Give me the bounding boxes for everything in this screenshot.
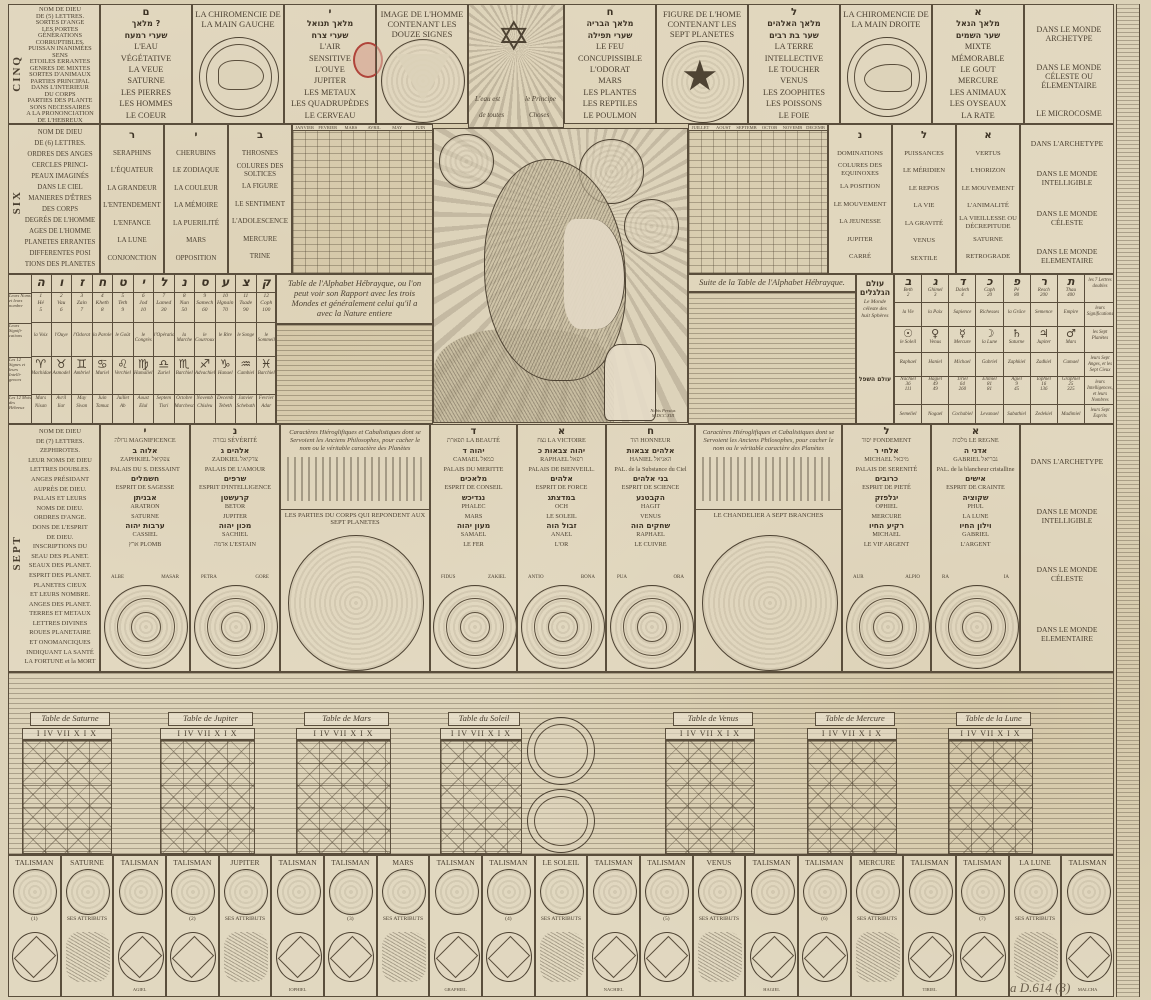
talisman-label: TALISMAN bbox=[272, 856, 323, 867]
planet-symbol-icon: ♂ bbox=[1058, 327, 1084, 340]
alphabet-cell: 11Tsade90 bbox=[236, 293, 257, 323]
hebrew-letter: ד bbox=[949, 275, 975, 288]
sephira-spirit: PHUL bbox=[932, 502, 1019, 511]
alphabet-ordinals: 7 bbox=[154, 293, 174, 300]
seal-sigil-icon bbox=[802, 932, 848, 982]
attributes-still-life-icon bbox=[698, 932, 742, 982]
intelligence-name: Cambiel bbox=[236, 371, 256, 376]
month-heb: Schebath bbox=[236, 403, 256, 411]
mid-worlds: DANS L'ARCHETYPE DANS LE MONDE INTELLIGI… bbox=[1020, 124, 1114, 274]
left-hand-seal-icon bbox=[199, 37, 279, 117]
intelligence-name: Muriel bbox=[93, 371, 113, 376]
talisman-label: TALISMAN bbox=[167, 856, 218, 867]
alphabet-row-header: Leurs Noms et leurs nombre bbox=[9, 293, 32, 324]
double-letter-cell: Hagiel4949 bbox=[922, 377, 949, 405]
alphabet-cell: SeptemTisri bbox=[154, 395, 175, 424]
sephira-planet: LA LUNE bbox=[932, 512, 1019, 521]
planet-deity-icon bbox=[224, 869, 268, 915]
talisman-cell: SATURNESES ATTRIBUTS bbox=[61, 855, 114, 997]
sephira-order: כרובים bbox=[843, 474, 930, 483]
sephira-planet-angel: GABRIEL bbox=[932, 530, 1019, 539]
legend-line: PEAUX IMAGINÉS bbox=[21, 171, 99, 182]
month-fr: May bbox=[72, 395, 92, 403]
planet-deity-icon bbox=[698, 869, 742, 915]
alphabet-names: Kheth bbox=[93, 300, 113, 307]
sephira-sephira: תפארת LA BEAUTÉ bbox=[431, 436, 516, 445]
sephira-gift: ESPRIT DE CONSEIL bbox=[431, 483, 516, 492]
alphabet-names: Hé bbox=[31, 300, 51, 307]
alphabet-ordinals: 3 bbox=[72, 293, 92, 300]
alphabet-letter-descriptions-left bbox=[276, 324, 433, 424]
mid-col-nun: נ DOMINATIONS COLURES DES EQUINOXES LA P… bbox=[828, 124, 892, 274]
alphabet-cell: 2Vau6 bbox=[52, 293, 73, 323]
planet-symbol-icon: ☉ bbox=[895, 327, 921, 340]
talisman-attribute-label: SES ATTRIBUTS bbox=[62, 916, 113, 922]
talisman-square-icon bbox=[13, 869, 57, 915]
attributes-still-life-icon bbox=[224, 932, 268, 982]
wheel-label: ORA bbox=[673, 575, 684, 580]
sephira-letter: ח bbox=[607, 427, 694, 436]
sephira-planet: SATURNE bbox=[101, 512, 189, 521]
double-letter-cell: la Vie bbox=[895, 303, 922, 327]
double-letter-cell: ☉le Soleil bbox=[895, 327, 922, 353]
roman-numeral-row: I IV VII X I X bbox=[948, 728, 1033, 740]
magic-square-grid bbox=[296, 740, 391, 854]
talisman-label: TALISMAN bbox=[641, 856, 692, 867]
zodiac-sign-icon: ♈ bbox=[31, 357, 51, 371]
alphabet-cell: ה bbox=[31, 275, 52, 293]
sephira-angel: GABRIEL גבריאל bbox=[932, 455, 1019, 464]
shelfmark-annotation: a D.614 (3) bbox=[1010, 980, 1070, 996]
sephira-spirit: ARATRON bbox=[101, 502, 189, 511]
talisman-cell: VENUSSES ATTRIBUTS bbox=[693, 855, 746, 997]
intelligence-name: Hamaliel bbox=[134, 371, 154, 376]
alphabet-names: Zain bbox=[72, 300, 92, 307]
talisman-square-icon bbox=[171, 869, 215, 915]
alphabet-cell: צ bbox=[236, 275, 257, 293]
legend-line: ORDRES D'ANGE. bbox=[21, 513, 99, 523]
talisman-cell: TALISMAN(6) bbox=[798, 855, 851, 997]
portrait-engraving: Nobis Persius M.DCC.XIII bbox=[433, 128, 688, 423]
seal-sigil-icon bbox=[908, 932, 954, 982]
intelligence-numbers_b: 111 bbox=[895, 387, 921, 392]
legend-sept: SEPT NOM DE DIEUDE (7) LETTRES.ZEPHIROTE… bbox=[8, 424, 100, 672]
intelligence-name: Zuriel bbox=[154, 371, 174, 376]
month-heb: Chisleu bbox=[195, 403, 215, 411]
planetary-wheel-icon bbox=[846, 585, 930, 669]
zodiac-sign-icon: ♌ bbox=[113, 357, 133, 371]
alphabet-numbers: 100 bbox=[257, 307, 277, 314]
wheel-label: FIDUS bbox=[441, 575, 455, 580]
double-row-header: les 7 Lettres doubles bbox=[1085, 275, 1114, 303]
month-heb: Elul bbox=[134, 403, 154, 411]
alphabet-cell: le Rire bbox=[216, 323, 237, 357]
double-letter-cell: ☿Mercure bbox=[949, 327, 976, 353]
magic-table-title: Table de la Lune bbox=[956, 712, 1031, 726]
body-planets-circle-icon bbox=[288, 535, 424, 671]
sephira-angel: ZAPHKIEL צפקיאל bbox=[101, 455, 189, 464]
month-fr: Aoust bbox=[134, 395, 154, 403]
legend-line: DE (6) LETTRES. bbox=[21, 138, 99, 149]
talisman-cell: TALISMANAGIEL bbox=[113, 855, 166, 997]
figure-man-seven-planets: FIGURE DE L'HOME CONTENANT LES SEPT PLAN… bbox=[656, 4, 748, 124]
sephira-column-1: יגדולה MAGNIFICENCEאלוה בZAPHKIEL צפקיאל… bbox=[100, 424, 190, 672]
talisman-square-icon bbox=[277, 869, 321, 915]
chiromancy-right-hand: LA CHIROMENCIE DE LA MAIN DROITE bbox=[840, 4, 932, 124]
sephira-metal: L'OR bbox=[518, 540, 605, 549]
alphabet-names: Vau bbox=[52, 300, 72, 307]
planetary-wheel-icon bbox=[935, 585, 1019, 669]
right-hand-seal-icon bbox=[847, 37, 927, 117]
talisman-attribute-label: (1) bbox=[9, 916, 60, 922]
alphabet-cell: le Goût bbox=[113, 323, 134, 357]
month-heb: Adar bbox=[257, 403, 277, 411]
double-letter-cell: Sapience bbox=[949, 303, 976, 327]
sephira-palace: PAL. de la Substance du Ciel bbox=[607, 465, 694, 474]
double-letter-cell: רResch200 bbox=[1031, 275, 1058, 303]
sephira-column-8: ליסוד FONDEMENTאלחי רMICHAEL מיכאלPALAIS… bbox=[842, 424, 931, 672]
sephira-order: שרפים bbox=[191, 474, 279, 483]
double-letter-cell: la Grâce bbox=[1004, 303, 1031, 327]
top-col-aleph: א מלאך הנאל שער השמים MIXTE MÉMORABLE LE… bbox=[932, 4, 1024, 124]
sephira-planet-angel: RAPHAEL bbox=[607, 530, 694, 539]
double-letter-cell: Zadkiel bbox=[1031, 353, 1058, 377]
alphabet-cell: י bbox=[134, 275, 155, 293]
alphabet-ordinals: 11 bbox=[236, 293, 256, 300]
talisman-cell: JUPITERSES ATTRIBUTS bbox=[219, 855, 272, 997]
talisman-attribute-label: SES ATTRIBUTS bbox=[852, 916, 903, 922]
alphabet-ordinals: 12 bbox=[257, 293, 277, 300]
planetary-wheel-icon bbox=[194, 585, 278, 669]
sephira-spirit-heb: שקוציה bbox=[932, 493, 1019, 502]
roman-numeral-row: I IV VII X I X bbox=[22, 728, 112, 740]
sephira-column-6: חהוד HONNEURאלהים צבאותHANIEL האניאלPAL.… bbox=[606, 424, 695, 672]
wheel-label: GORE bbox=[255, 575, 269, 580]
talisman-attribute-label: SES ATTRIBUTS bbox=[694, 916, 745, 922]
sephira-order: בני אלהים bbox=[607, 474, 694, 483]
magic-table-title: Table de Saturne bbox=[30, 712, 110, 726]
alphabet-cell: le Courroux bbox=[195, 323, 216, 357]
double-letter-cell: Semence bbox=[1031, 303, 1058, 327]
illustration-title: LE CHANDELIER A SEPT BRANCHES bbox=[696, 510, 841, 519]
double-letter-cell: Camael bbox=[1058, 353, 1085, 377]
alphabet-cell: MaySivan bbox=[72, 395, 93, 424]
magic-square-grid bbox=[665, 740, 755, 854]
alphabet-names: Nun bbox=[175, 300, 195, 307]
sephira-planet: MERCURE bbox=[843, 512, 930, 521]
sephira-spirit: BETOR bbox=[191, 502, 279, 511]
image-man-twelve-signs: IMAGE DE L'HOMME CONTENANT LES DOUZE SIG… bbox=[376, 4, 468, 124]
alphabet-cell: JuilletAb bbox=[113, 395, 134, 424]
double-letter-cell: תThau400 bbox=[1058, 275, 1085, 303]
sephira-letter: ל bbox=[843, 427, 930, 436]
legend-six: SIX NOM DE DIEUDE (6) LETTRES.ORDRES DES… bbox=[8, 124, 100, 274]
alphabet-letter-descriptions-right bbox=[688, 292, 856, 424]
illustration-title: LES PARTIES DU CORPS QUI REPONDENT AUX S… bbox=[281, 510, 429, 526]
alphabet-cell: ♓Barchiel bbox=[257, 357, 277, 395]
zodiac-sign-icon: ♍ bbox=[134, 357, 154, 371]
mid-col-beth: ב THROSNES COLURES DES SOLTICES LA FIGUR… bbox=[228, 124, 292, 274]
talisman-cell: LE SOLEILSES ATTRIBUTS bbox=[535, 855, 588, 997]
hebrew-letter: ג bbox=[922, 275, 948, 288]
legend-line: ZEPHIROTES. bbox=[21, 446, 99, 456]
alphabet-cell: ♉Asmodel bbox=[52, 357, 73, 395]
sephira-spirit: OCH bbox=[518, 502, 605, 511]
zodiac-sign-icon: ♊ bbox=[72, 357, 92, 371]
legend-line: DES CORPS bbox=[21, 204, 99, 215]
magic-table-title: Table de Venus bbox=[673, 712, 753, 726]
double-letter-cell: Raphael bbox=[895, 353, 922, 377]
alphabet-cell: le Sommeil bbox=[257, 323, 277, 357]
sephira-spirit-heb: יגלפזק bbox=[843, 493, 930, 502]
wheel-label: AUR bbox=[853, 575, 864, 580]
alphabet-cell: DecembTebeth bbox=[216, 395, 237, 424]
legend-line: PALAIS ET LEURS bbox=[21, 494, 99, 504]
sephira-letter: נ bbox=[191, 427, 279, 436]
month-heb: Tebeth bbox=[216, 403, 236, 411]
alphabet-cell: 5Teth9 bbox=[113, 293, 134, 323]
roman-numeral-row: I IV VII X I X bbox=[440, 728, 522, 740]
seal-sigil-icon bbox=[1066, 932, 1112, 982]
celestial-world-box: עולם הגלגלים Le Monde céleste des huit S… bbox=[856, 274, 894, 424]
double-row-header: leurs Intelligences, et leurs Nombres bbox=[1085, 377, 1114, 405]
letter-number: 400 bbox=[1058, 293, 1084, 298]
legend-line: ET ONOMANCIQUES bbox=[21, 638, 99, 648]
double-letter-cell: Semeliel bbox=[895, 405, 922, 424]
alphabet-cell: 8Nun50 bbox=[175, 293, 196, 323]
attributes-still-life-icon bbox=[66, 932, 110, 982]
sephira-planet: MARS bbox=[431, 512, 516, 521]
alphabet-cell: le Congrès bbox=[134, 323, 155, 357]
talisman-attribute-label: SES ATTRIBUTS bbox=[1010, 916, 1061, 922]
alphabet-cell: ♋Muriel bbox=[93, 357, 114, 395]
alphabet-cell: ♏Barchiel bbox=[175, 357, 196, 395]
seal-sigil-icon bbox=[118, 932, 164, 982]
planet-deity-icon bbox=[382, 869, 426, 915]
talisman-cell: TALISMANTIRIEL bbox=[903, 855, 956, 997]
talisman-cell: TALISMAN(7) bbox=[956, 855, 1009, 997]
alphabet-names: Jod bbox=[134, 300, 154, 307]
hieroglyphic-characters-left: Caractères Hiéroglifiques et Cabalistiqu… bbox=[280, 424, 430, 672]
sephira-sephira: גבורה SÉVÉRITÉ bbox=[191, 436, 279, 445]
seal-name: HAGIEL bbox=[746, 987, 797, 992]
intelligence-numbers_b: 136 bbox=[1031, 387, 1057, 392]
double-letter-cell: ♀Venus bbox=[922, 327, 949, 353]
alphabet-numbers: 30 bbox=[154, 307, 174, 314]
alphabet-ordinals: 4 bbox=[93, 293, 113, 300]
sephira-planet-angel: CASSIEL bbox=[101, 530, 189, 539]
hieroglyphic-characters-right: Caractères Hiéroglifiques et Cabalistiqu… bbox=[695, 424, 842, 672]
talisman-label: TALISMAN bbox=[9, 856, 60, 867]
alphabet-cell: l'Ouye bbox=[52, 323, 73, 357]
wheel-label: ANTIO bbox=[528, 575, 544, 580]
sephira-sky: זבול הוה bbox=[518, 521, 605, 530]
alphabet-table-title: Table de l'Alphabet Hébrayque, ou l'on p… bbox=[276, 274, 433, 324]
alphabet-numbers: 8 bbox=[93, 307, 113, 314]
alphabet-cell: MarsNisan bbox=[31, 395, 52, 424]
alphabet-cell: ק bbox=[257, 275, 277, 293]
top-col-het: ח מלאך הבריה שערי תפילה LE FEU CONCUPISS… bbox=[564, 4, 656, 124]
seal-name: NACHIEL bbox=[588, 987, 639, 992]
alphabet-ordinals: 2 bbox=[52, 293, 72, 300]
magic-square-grid bbox=[807, 740, 897, 854]
alphabet-cell: ♍Hamaliel bbox=[134, 357, 155, 395]
alphabet-numbers: 60 bbox=[195, 307, 215, 314]
sephira-sky: ערבות יהוה bbox=[101, 521, 189, 530]
alphabet-cell: ע bbox=[216, 275, 237, 293]
legend-line: LA FORTUNE et la MORT bbox=[21, 657, 99, 667]
planet-symbol-icon: ♃ bbox=[1031, 327, 1057, 340]
hebrew-letter: כ bbox=[976, 275, 1002, 288]
month-heb: Tamuz bbox=[93, 403, 113, 411]
seal-sigil-icon bbox=[592, 932, 638, 982]
wheel-label: RA bbox=[942, 575, 949, 580]
sephira-planet-angel: SACHIEL bbox=[191, 530, 279, 539]
intelligence-name: Machidael bbox=[31, 371, 51, 376]
legend-line: CERCLES PRINCI- bbox=[21, 160, 99, 171]
zodiac-sign-icon: ♎ bbox=[154, 357, 174, 371]
sephira-order: מלאכים bbox=[431, 474, 516, 483]
sephira-planet-angel: SAMAEL bbox=[431, 530, 516, 539]
sephira-sky: מעון יהוה bbox=[431, 521, 516, 530]
alphabet-suite-title: Suite de la Table de l'Alphabet Hébrayqu… bbox=[688, 274, 856, 292]
sephira-spirit: PHALEC bbox=[431, 502, 516, 511]
top-col-lamed: ל מלאך האלהים שער בת רבים LA TERRE INTEL… bbox=[748, 4, 840, 124]
double-letter-cell: פPé80 bbox=[1004, 275, 1031, 303]
alphabet-cell: ♈Machidael bbox=[31, 357, 52, 395]
seal-name: AGIEL bbox=[114, 987, 165, 992]
talisman-cell: TALISMANHAGIEL bbox=[745, 855, 798, 997]
talisman-label: TALISMAN bbox=[430, 856, 481, 867]
wheel-label: MASAR bbox=[161, 575, 179, 580]
sephira-sky: שחקים הוה bbox=[607, 521, 694, 530]
double-letter-cell: la Paix bbox=[922, 303, 949, 327]
talisman-label: TALISMAN bbox=[483, 856, 534, 867]
attributes-still-life-icon bbox=[382, 932, 426, 982]
double-letter-cell: Zaphkiel bbox=[1004, 353, 1031, 377]
double-letter-cell: Madimiel bbox=[1058, 405, 1085, 424]
talisman-cell: TALISMANNACHIEL bbox=[587, 855, 640, 997]
alphabet-ordinals: 8 bbox=[175, 293, 195, 300]
double-letter-cell: Tiriel64260 bbox=[949, 377, 976, 405]
magic-table-title: Table du Soleil bbox=[448, 712, 520, 726]
menorah-circle-icon bbox=[702, 535, 838, 671]
alphabet-ordinals: 5 bbox=[113, 293, 133, 300]
intelligence-numbers_b: 49 bbox=[922, 387, 948, 392]
month-fr: Juin bbox=[93, 395, 113, 403]
planetary-wheel-icon bbox=[610, 585, 694, 669]
talisman-cell: TALISMANGRAPHIEL bbox=[429, 855, 482, 997]
legend-line: SEAUX DES PLANET. bbox=[21, 561, 99, 571]
intelligence-name: Barchiel bbox=[257, 371, 277, 376]
sephira-column-2: נגבורה SÉVÉRITÉאלהים גZADKIEL צדקיאלPALA… bbox=[190, 424, 280, 672]
double-letter-cell: Richesses bbox=[976, 303, 1003, 327]
alphabet-cell: ל bbox=[154, 275, 175, 293]
row-label-cinq: CINQ bbox=[11, 55, 23, 92]
alphabet-cell: ♊Ambriel bbox=[72, 357, 93, 395]
sephira-metal: LE VIF ARGENT bbox=[843, 540, 930, 549]
hebrew-letter: ב bbox=[895, 275, 921, 288]
planet-glyphs-icon bbox=[702, 457, 835, 501]
legend-line: AGES DE L'HOMME bbox=[21, 226, 99, 237]
sephira-palace: PALAIS DE L'AMOUR bbox=[191, 465, 279, 474]
double-letter-cell: Levanael bbox=[976, 405, 1003, 424]
legend-line: MANIERES D'ÊTRES bbox=[21, 193, 99, 204]
double-letter-cell: דDaleth4 bbox=[949, 275, 976, 303]
row-label-six: SIX bbox=[11, 190, 23, 214]
legend-line: DE (7) LETTRES. bbox=[21, 437, 99, 447]
talisman-square-icon bbox=[961, 869, 1005, 915]
zodiac-sign-icon: ♓ bbox=[257, 357, 277, 371]
alphabet-ordinals: 6 bbox=[134, 293, 154, 300]
alphabet-cell: ז bbox=[72, 275, 93, 293]
sephira-letter: ד bbox=[431, 427, 516, 436]
talisman-square-icon bbox=[487, 869, 531, 915]
sephira-god: אלחי ר bbox=[843, 446, 930, 455]
roman-numeral-row: I IV VII X I X bbox=[160, 728, 255, 740]
sephira-angel: HANIEL האניאל bbox=[607, 455, 694, 464]
talisman-square-icon bbox=[751, 869, 795, 915]
planet-name: Venus bbox=[922, 340, 948, 345]
sephira-letter: א bbox=[932, 427, 1019, 436]
talisman-attribute-label: SES ATTRIBUTS bbox=[378, 916, 429, 922]
legend-line: TIONS DES PLANETES bbox=[21, 259, 99, 270]
talisman-label: TALISMAN bbox=[799, 856, 850, 867]
seal-sigil-icon bbox=[170, 932, 216, 982]
sephira-angel: MICHAEL מיכאל bbox=[843, 455, 930, 464]
talisman-attribute-label: (7) bbox=[957, 916, 1008, 922]
planet-symbol-icon: ♄ bbox=[1004, 327, 1030, 340]
sephira-palace: PALAIS DE SERENITÉ bbox=[843, 465, 930, 474]
letter-number: 4 bbox=[949, 293, 975, 298]
double-row-header: leurs Sept Anges, et les Sept Cieux bbox=[1085, 353, 1114, 377]
talisman-attribute-label: SES ATTRIBUTS bbox=[220, 916, 271, 922]
hexagram-seal: ✡ L'eau est le Principe de toutes Choses bbox=[468, 4, 564, 128]
sephira-spirit-heb: קרעשטן bbox=[191, 493, 279, 502]
month-fr: Mars bbox=[31, 395, 51, 403]
sephira-metal: ארץ PLOMB bbox=[101, 540, 189, 549]
sephira-god: אלהים צבאות bbox=[607, 446, 694, 455]
alphabet-row-header: Leurs Signifi-cations bbox=[9, 323, 32, 358]
legend-line: AUPRÈS DE DIEU. bbox=[21, 485, 99, 495]
talisman-label: MERCURE bbox=[852, 856, 903, 867]
intelligence-name: Hanael bbox=[216, 371, 236, 376]
pentagram-man-icon: ★ bbox=[662, 41, 744, 123]
legend-line: NOMS DE DIEU. bbox=[21, 504, 99, 514]
sephira-sephira: מלכות LE REGNE bbox=[932, 436, 1019, 445]
talisman-cell: TALISMAN(2) bbox=[166, 855, 219, 997]
alphabet-row-header: Les 12 Mois des Hébreux bbox=[9, 395, 32, 424]
month-heb: Tisri bbox=[154, 403, 174, 411]
talisman-attribute-label: (5) bbox=[641, 916, 692, 922]
alphabet-cell: NovembChisleu bbox=[195, 395, 216, 424]
sephira-metal: L'ARGENT bbox=[932, 540, 1019, 549]
month-fr: Avril bbox=[52, 395, 72, 403]
intelligence-numbers_b: 325 bbox=[1058, 387, 1084, 392]
alphabet-table: הוזחטילנסעצקLeurs Noms et leurs nombre1H… bbox=[8, 274, 276, 424]
mid-col-resh: ר SERAPHINS L'ÉQUATEUR LA GRANDEUR L'ENT… bbox=[100, 124, 164, 274]
talisman-label: TALISMAN bbox=[114, 856, 165, 867]
mid-col-lamed: ל PUISSANCES LE MÉRIDIEN LE REPOS LA VIE… bbox=[892, 124, 956, 274]
alphabet-cell: AvrilIiar bbox=[52, 395, 73, 424]
alphabet-cell: ♑Hanael bbox=[216, 357, 237, 395]
wheel-label: PETRA bbox=[201, 575, 217, 580]
seal-sigil-icon bbox=[960, 932, 1006, 982]
sephira-planet: LE SOLEIL bbox=[518, 512, 605, 521]
alphabet-cell: 9Samech60 bbox=[195, 293, 216, 323]
alphabet-names: Lamed bbox=[154, 300, 174, 307]
sephira-sephira: נצח LA VICTOIRE bbox=[518, 436, 605, 445]
